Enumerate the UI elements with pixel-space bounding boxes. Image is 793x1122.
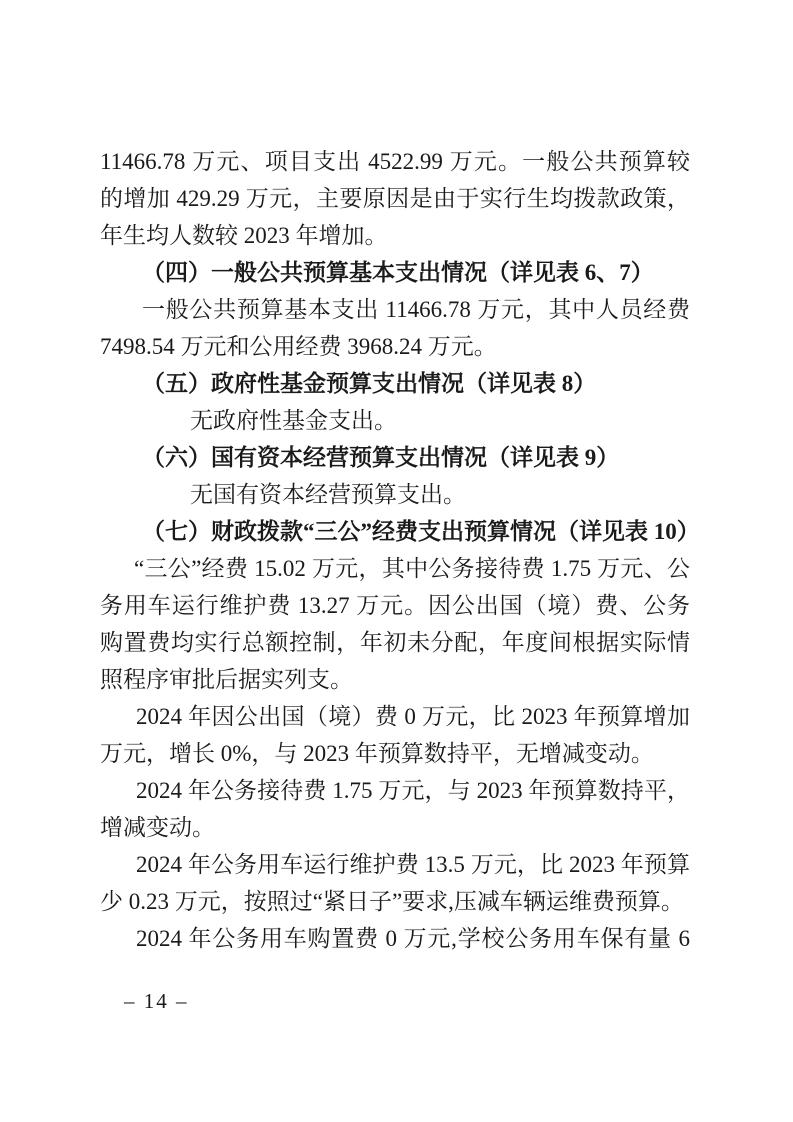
text-line: “三公”经费 15.02 万元，其中公务接待费 1.75 万元、公	[100, 550, 690, 587]
section-heading: （四）一般公共预算基本支出情况（详见表 6、7）	[100, 254, 690, 291]
text-line: 2024 年公务用车运行维护费 13.5 万元，比 2023 年预算减	[100, 846, 690, 883]
text-line: 购置费均实行总额控制，年初未分配，年度间根据实际情况按	[100, 624, 690, 661]
text-line: 增减变动。	[100, 809, 690, 846]
section-heading: （六）国有资本经营预算支出情况（详见表 9）	[100, 439, 690, 476]
text-line: 2024 年公务用车购置费 0 万元,学校公务用车保有量 6 辆，	[100, 920, 690, 957]
document-page: 11466.78 万元、项目支出 4522.99 万元。一般公共预算较上年 的增…	[0, 0, 793, 1122]
text-line: 7498.54 万元和公用经费 3968.24 万元。	[100, 328, 690, 365]
text-line: 照程序审批后据实列支。	[100, 661, 690, 698]
text-line: 2024 年公务接待费 1.75 万元，与 2023 年预算数持平，无	[100, 772, 690, 809]
text-line: 年生均人数较 2023 年增加。	[100, 217, 690, 254]
text-line: 少 0.23 万元，按照过“紧日子”要求,压减车辆运维费预算。	[100, 883, 690, 920]
text-line: 万元，增长 0%，与 2023 年预算数持平，无增减变动。	[100, 735, 690, 772]
text-line: 务用车运行维护费 13.27 万元。因公出国（境）费、公务用车	[100, 587, 690, 624]
text-line: 无国有资本经营预算支出。	[100, 476, 690, 513]
document-body: 11466.78 万元、项目支出 4522.99 万元。一般公共预算较上年 的增…	[100, 143, 690, 957]
page-number: – 14 –	[124, 988, 189, 1014]
text-line: 2024 年因公出国（境）费 0 万元，比 2023 年预算增加 0	[100, 698, 690, 735]
text-line: 11466.78 万元、项目支出 4522.99 万元。一般公共预算较上年	[100, 143, 690, 180]
section-heading: （五）政府性基金预算支出情况（详见表 8）	[100, 365, 690, 402]
section-heading: （七）财政拨款“三公”经费支出预算情况（详见表 10）	[100, 513, 690, 550]
text-line: 的增加 429.29 万元，主要原因是由于实行生均拨款政策，2024	[100, 180, 690, 217]
text-line: 无政府性基金支出。	[100, 402, 690, 439]
text-line: 一般公共预算基本支出 11466.78 万元，其中人员经费	[100, 291, 690, 328]
